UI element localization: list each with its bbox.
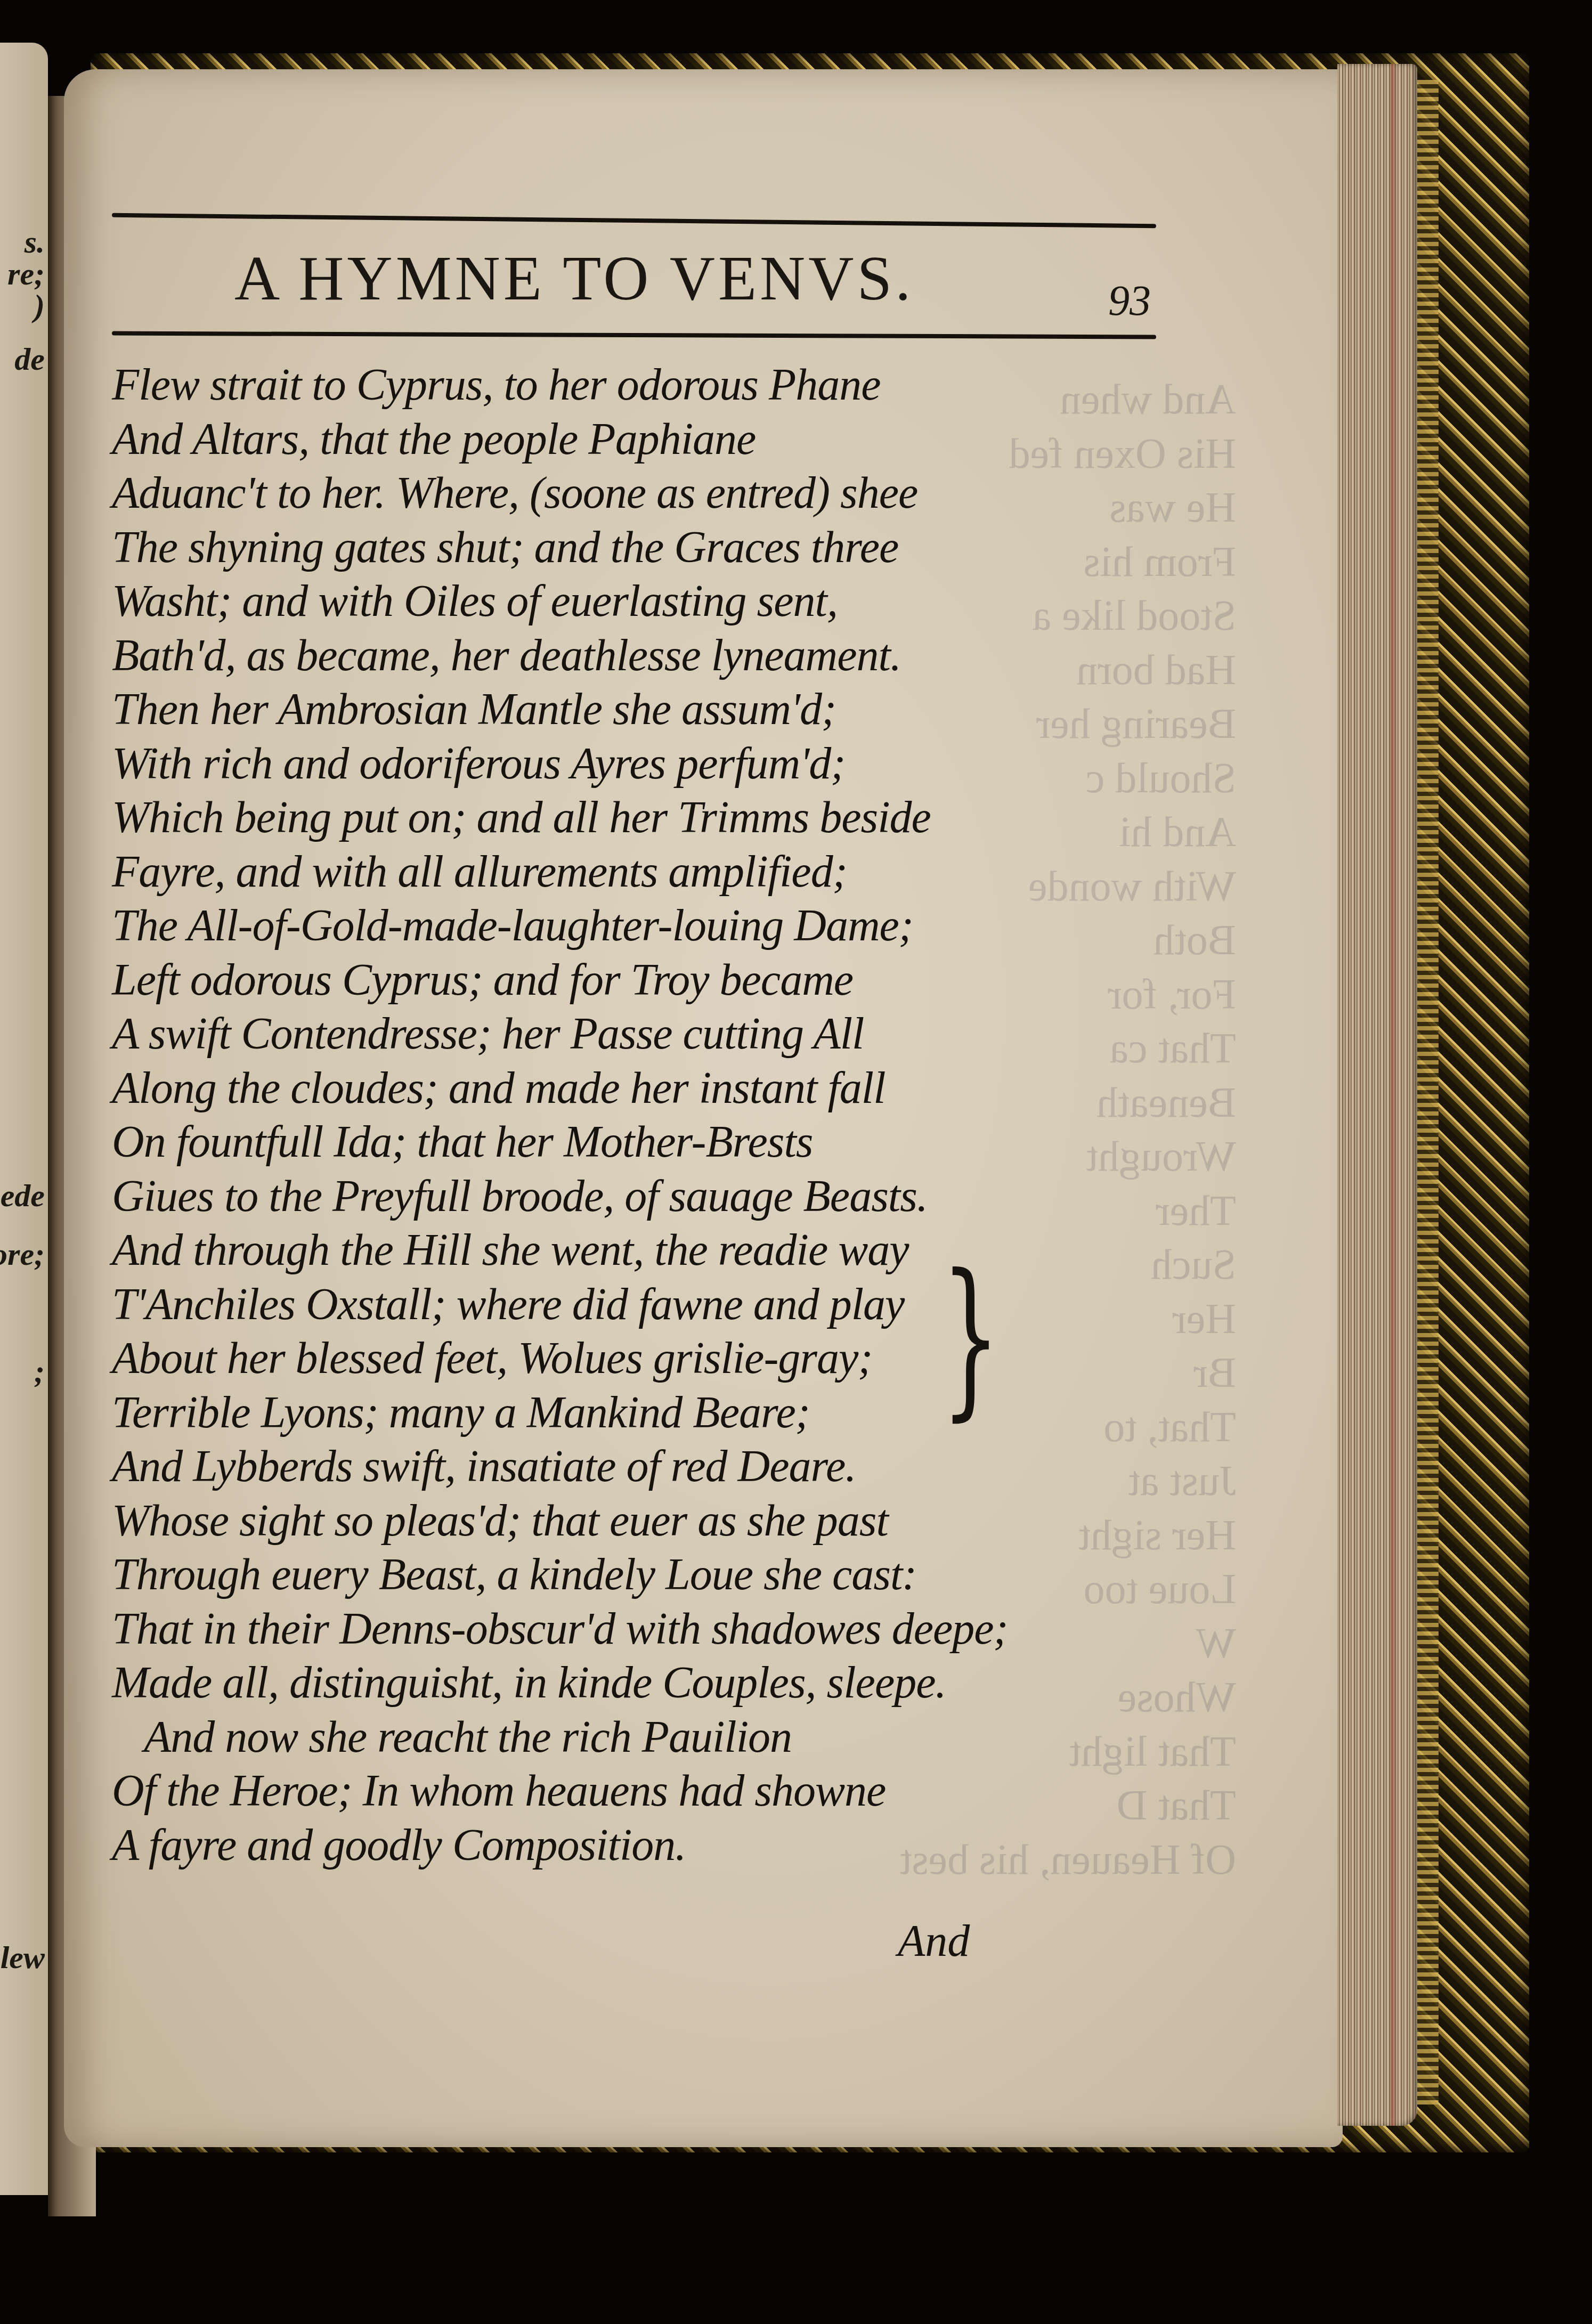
fragment: ) xyxy=(34,288,45,324)
red-edge-stain xyxy=(1391,64,1395,2126)
verse-line: And now she reacht the rich Pauilion xyxy=(112,1710,1018,1765)
fragment: de xyxy=(14,341,45,378)
verse-line: That in their Denns-obscur'd with shadow… xyxy=(112,1602,1018,1656)
verse-line: Of the Heroe; In whom heauens had showne xyxy=(112,1764,1018,1818)
verse-line: About her blessed feet, Wolues grislie-g… xyxy=(112,1331,1018,1386)
verse-line: Which being put on; and all her Trimms b… xyxy=(112,791,1018,845)
gilt-beaded-fillet xyxy=(1417,80,1439,2104)
verse-line: On fountfull Ida; that her Mother-Brests xyxy=(112,1115,1018,1169)
verse-line: Bath'd, as became, her deathlesse lyneam… xyxy=(112,629,1018,683)
catchword: And xyxy=(898,1915,970,1967)
verse-line: T'Anchiles Oxstall; where did fawne and … xyxy=(112,1278,1018,1332)
verse-line: Made all, distinguisht, in kinde Couples… xyxy=(112,1656,1018,1710)
fragment: s. xyxy=(25,224,45,261)
verse-line: A fayre and goodly Composition. xyxy=(112,1818,1018,1873)
fragment: Flew xyxy=(0,1939,45,1976)
verse-line: Aduanc't to her. Where, (soone as entred… xyxy=(112,466,1018,521)
verse-line: And Altars, that the people Paphiane xyxy=(112,412,1018,467)
verse-line: And Lybberds swift, insatiate of red Dea… xyxy=(112,1440,1018,1494)
verse-line: Fayre, and with all allurements amplifie… xyxy=(112,845,1018,899)
fragment: reede xyxy=(0,1177,45,1214)
verse-line: The shyning gates shut; and the Graces t… xyxy=(112,521,1018,575)
fragment: re; xyxy=(7,256,45,292)
verse-line: Washt; and with Oiles of euerlasting sen… xyxy=(112,574,1018,629)
fragment: ; xyxy=(34,1353,45,1390)
verse-line: Along the cloudes; and made her instant … xyxy=(112,1061,1018,1116)
verse-line: And through the Hill she went, the readi… xyxy=(112,1223,1018,1278)
verse-line: Flew strait to Cyprus, to her odorous Ph… xyxy=(112,358,1018,412)
facing-page-text-fragments: s. re; ) de reede ore; ; Flew xyxy=(0,0,48,2324)
verse-line: Whose sight so pleas'd; that euer as she… xyxy=(112,1494,1018,1548)
verse-line: Terrible Lyons; many a Mankind Beare; xyxy=(112,1386,1018,1440)
triplet-brace-icon: } xyxy=(941,1252,1001,1423)
page-number: 93 xyxy=(1108,277,1151,326)
verse-line: With rich and odoriferous Ayres perfum'd… xyxy=(112,737,1018,791)
running-head: A HYMNE TO VENVS. xyxy=(234,242,914,315)
verse-line: Left odorous Cyprus; and for Troy became xyxy=(112,953,1018,1007)
verse-line: Through euery Beast, a kindely Loue she … xyxy=(112,1548,1018,1602)
verse-line: The All-of-Gold-made-laughter-louing Dam… xyxy=(112,899,1018,953)
verse-line: A swift Contendresse; her Passe cutting … xyxy=(112,1007,1018,1061)
verse-line: Then her Ambrosian Mantle she assum'd; xyxy=(112,682,1018,737)
fore-edge-page-stack xyxy=(1337,64,1417,2126)
fragment: ore; xyxy=(0,1236,45,1273)
verse-text: Flew strait to Cyprus, to her odorous Ph… xyxy=(112,358,1018,1872)
verse-line: Giues to the Preyfull broode, of sauage … xyxy=(112,1169,1018,1224)
